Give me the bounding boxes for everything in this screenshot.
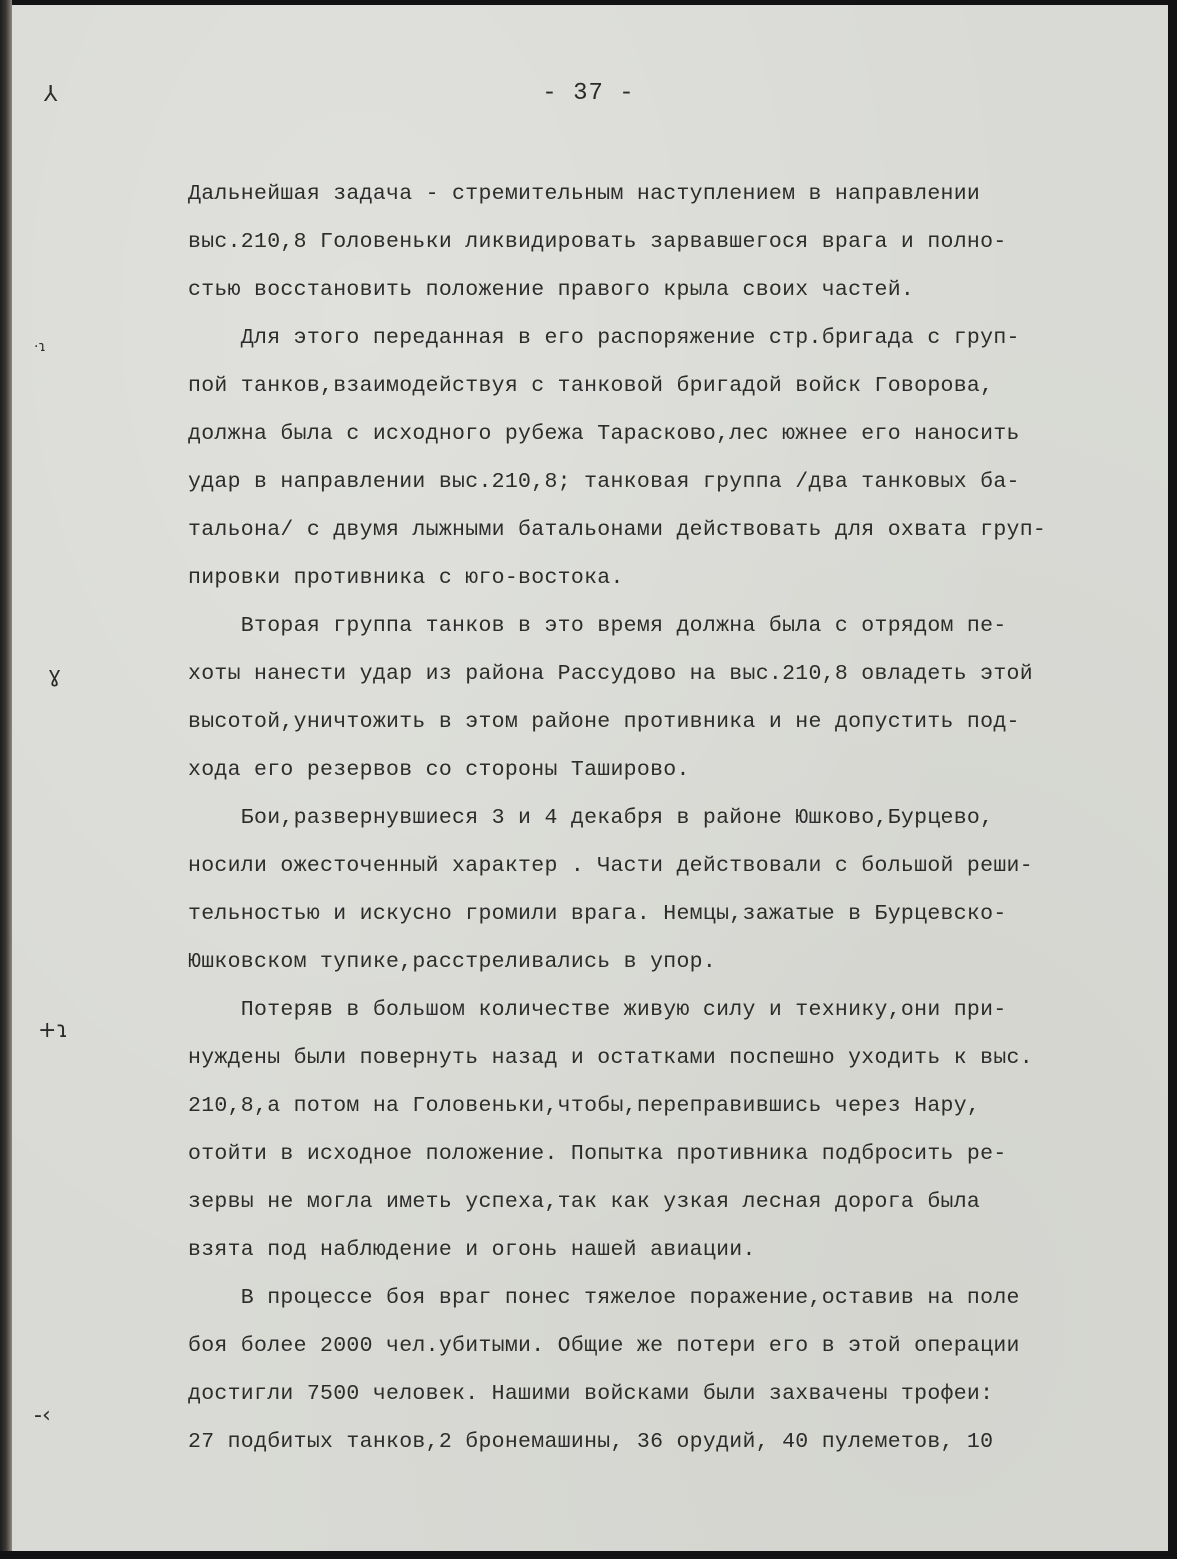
- text-line: боя более 2000 чел.убитыми. Общие же пот…: [188, 1322, 1118, 1370]
- text-line: нуждены были повернуть назад и остатками…: [188, 1034, 1118, 1082]
- text-line: Бои,развернувшиеся 3 и 4 декабря в район…: [188, 794, 1118, 842]
- text-line: отойти в исходное положение. Попытка про…: [188, 1130, 1118, 1178]
- text-line: пировки противника с юго-востока.: [188, 554, 1118, 602]
- binding-mark-icon: -‹: [34, 1405, 51, 1427]
- text-line: тальона/ с двумя лыжными батальонами дей…: [188, 506, 1118, 554]
- text-line: выс.210,8 Головеньки ликвидировать зарва…: [188, 218, 1118, 266]
- text-line: Вторая группа танков в это время должна …: [188, 602, 1118, 650]
- text-line: удар в направлении выс.210,8; танковая г…: [188, 458, 1118, 506]
- text-line: зервы не могла иметь успеха,так как узка…: [188, 1178, 1118, 1226]
- binding-mark-icon: ·ɿ: [34, 340, 46, 354]
- text-line: носили ожесточенный характер . Части дей…: [188, 842, 1118, 890]
- binding-mark-icon: +ɿ: [38, 1020, 68, 1042]
- document-body: Дальнейшая задача - стремительным наступ…: [188, 170, 1118, 1466]
- text-line: достигли 7500 человек. Нашими войсками б…: [188, 1370, 1118, 1418]
- paragraph: Бои,развернувшиеся 3 и 4 декабря в район…: [188, 794, 1118, 986]
- text-line: Дальнейшая задача - стремительным наступ…: [188, 170, 1118, 218]
- scan-border-top: [0, 0, 1177, 5]
- paragraph: Для этого переданная в его распоряжение …: [188, 314, 1118, 602]
- paragraph: Дальнейшая задача - стремительным наступ…: [188, 170, 1118, 314]
- text-line: Потеряв в большом количестве живую силу …: [188, 986, 1118, 1034]
- scan-border-left: [0, 0, 12, 1559]
- text-line: высотой,уничтожить в этом районе противн…: [188, 698, 1118, 746]
- text-line: хоты нанести удар из района Рассудово на…: [188, 650, 1118, 698]
- text-line: хода его резервов со стороны Таширово.: [188, 746, 1118, 794]
- scan-border-right: [1168, 0, 1177, 1559]
- text-line: 210,8,а потом на Головеньки,чтобы,перепр…: [188, 1082, 1118, 1130]
- text-line: тельностью и искусно громили врага. Немц…: [188, 890, 1118, 938]
- text-line: Юшковском тупике,расстреливались в упор.: [188, 938, 1118, 986]
- text-line: В процессе боя враг понес тяжелое пораже…: [188, 1274, 1118, 1322]
- paragraph: Потеряв в большом количестве живую силу …: [188, 986, 1118, 1274]
- text-line: пой танков,взаимодействуя с танковой бри…: [188, 362, 1118, 410]
- text-line: стью восстановить положение правого крыл…: [188, 266, 1118, 314]
- paragraph: В процессе боя враг понес тяжелое пораже…: [188, 1274, 1118, 1466]
- text-line: 27 подбитых танков,2 бронемашины, 36 ору…: [188, 1418, 1118, 1466]
- paragraph: Вторая группа танков в это время должна …: [188, 602, 1118, 794]
- text-line: взята под наблюдение и огонь нашей авиац…: [188, 1226, 1118, 1274]
- text-line: Для этого переданная в его распоряжение …: [188, 314, 1118, 362]
- text-line: должна была с исходного рубежа Тарасково…: [188, 410, 1118, 458]
- binding-mark-icon: ɣ: [48, 665, 61, 687]
- page-number: - 37 -: [0, 80, 1177, 107]
- scan-border-bottom: [0, 1551, 1177, 1559]
